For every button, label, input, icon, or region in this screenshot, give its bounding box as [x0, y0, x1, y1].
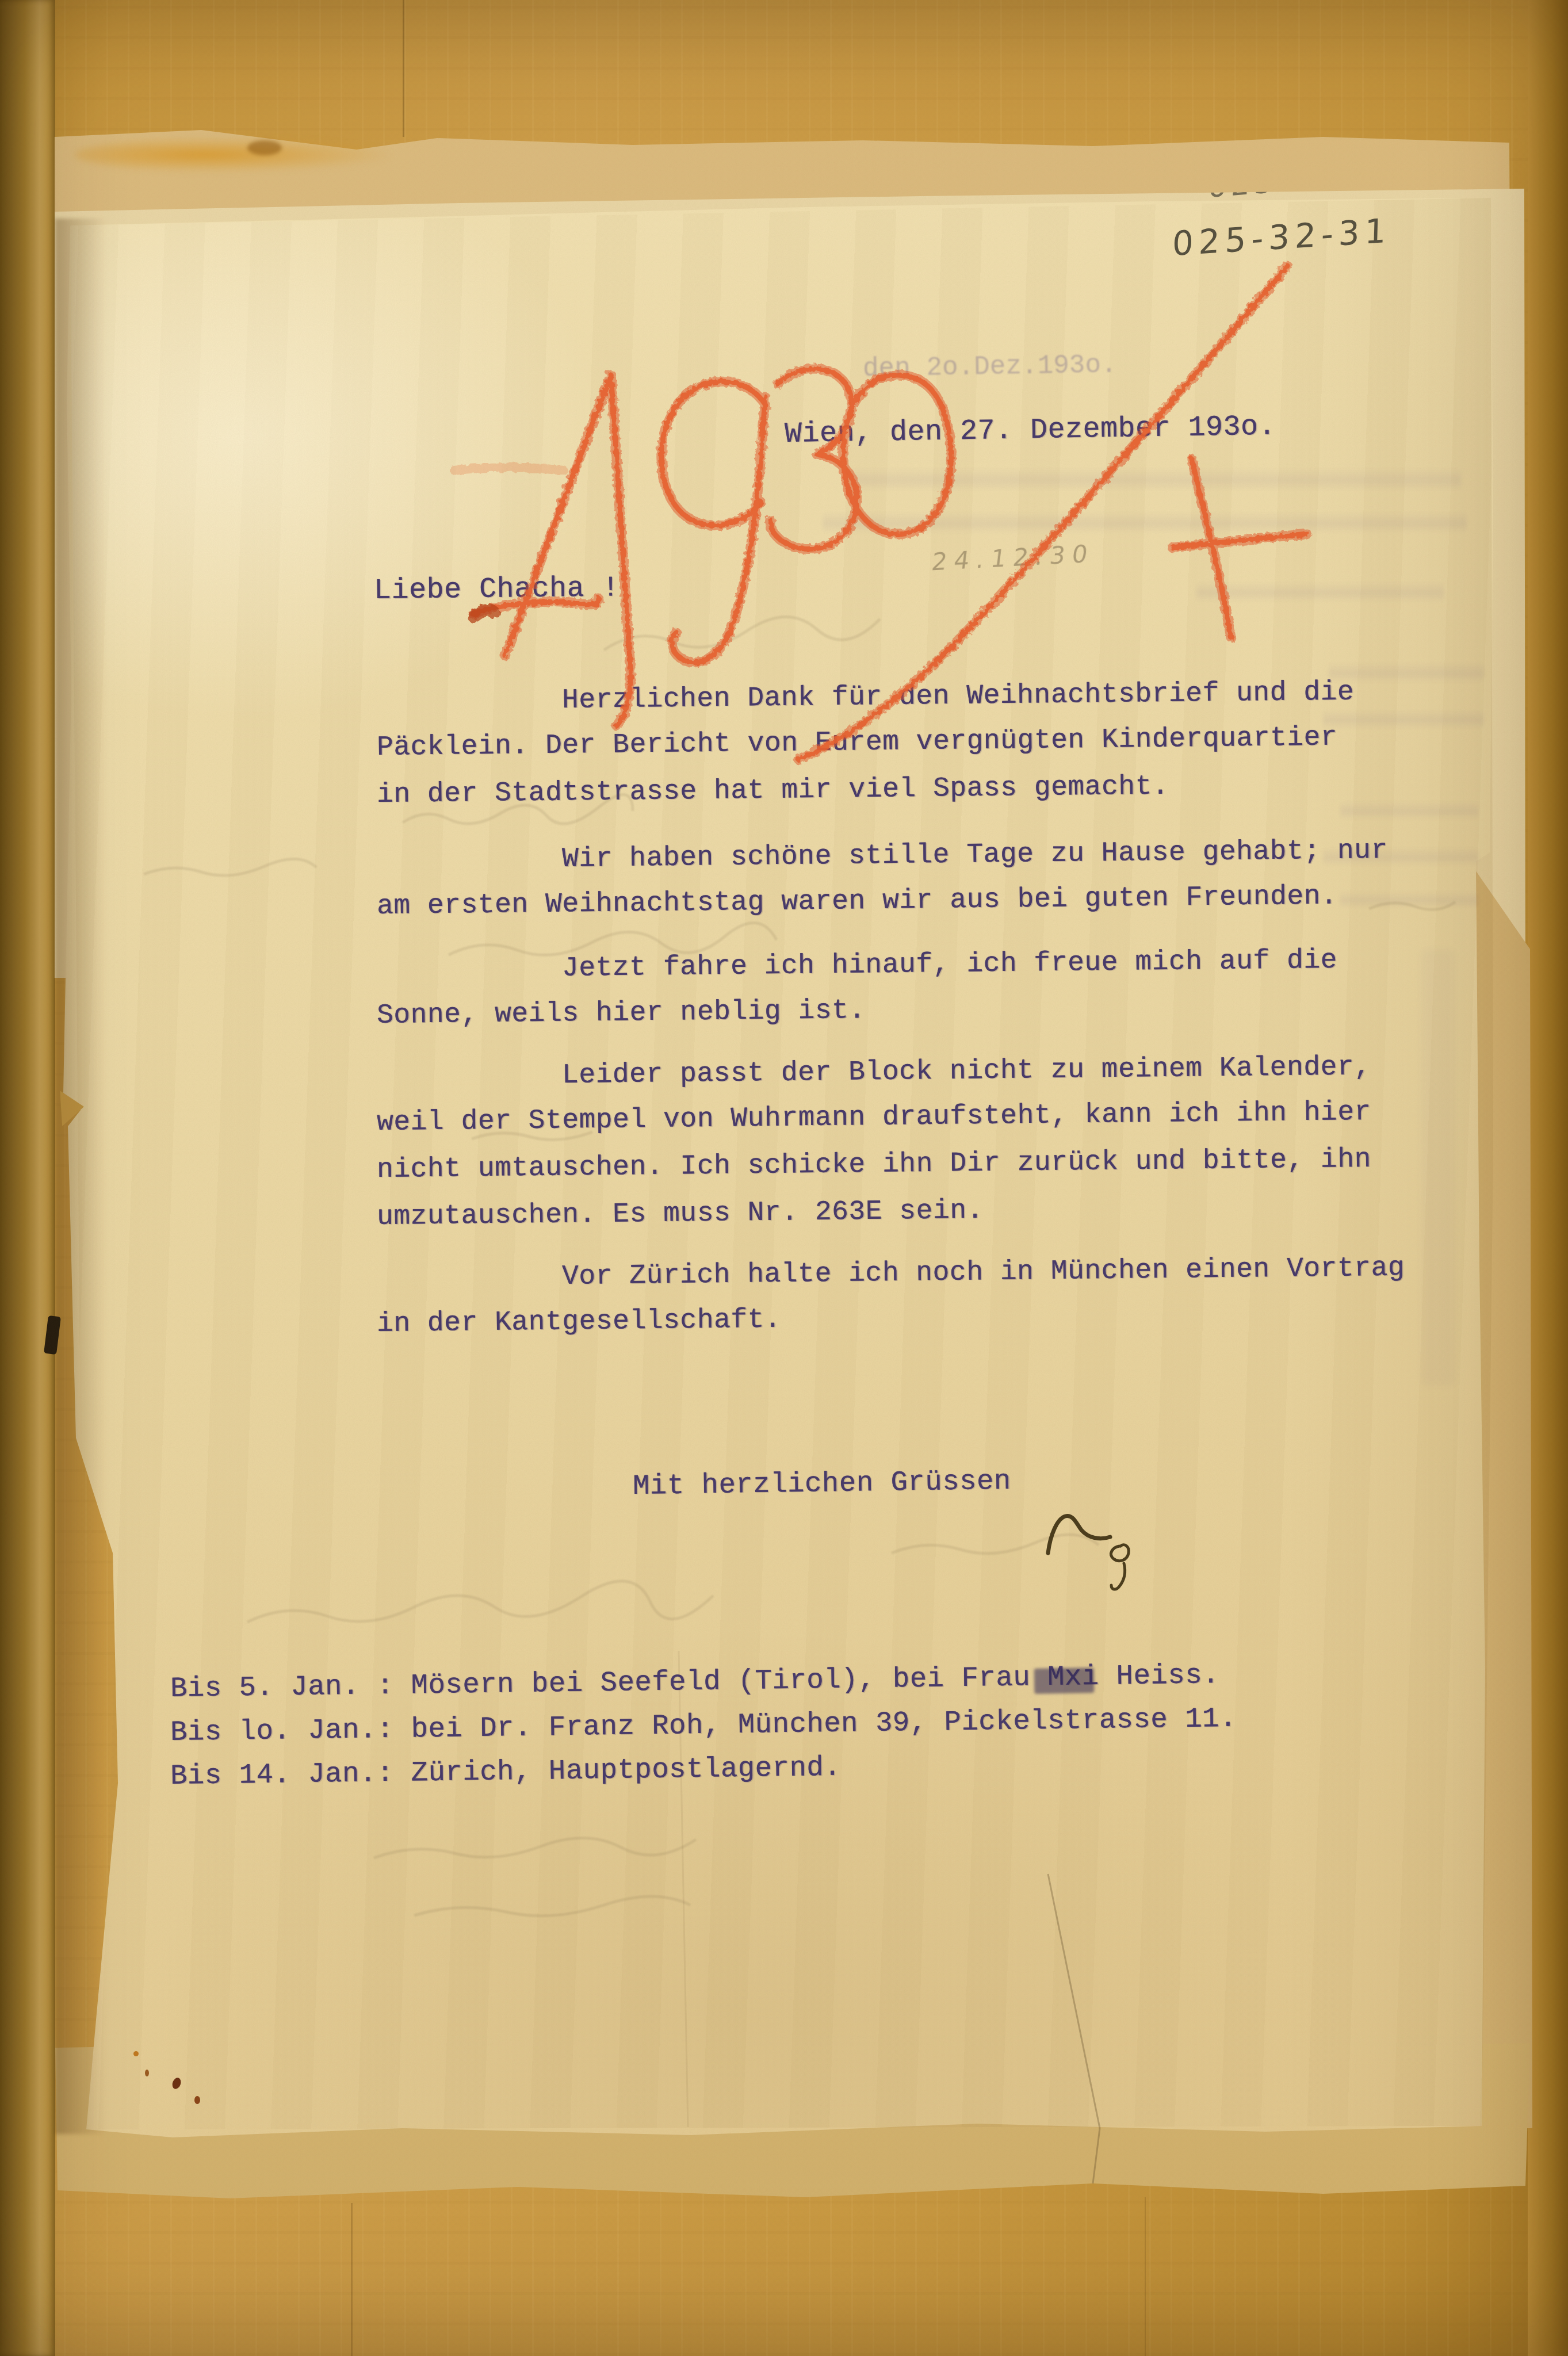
scanned-letter-document: { "document_type": "scanned typewritten …	[0, 0, 1568, 2356]
paper-grain	[0, 0, 1568, 2356]
